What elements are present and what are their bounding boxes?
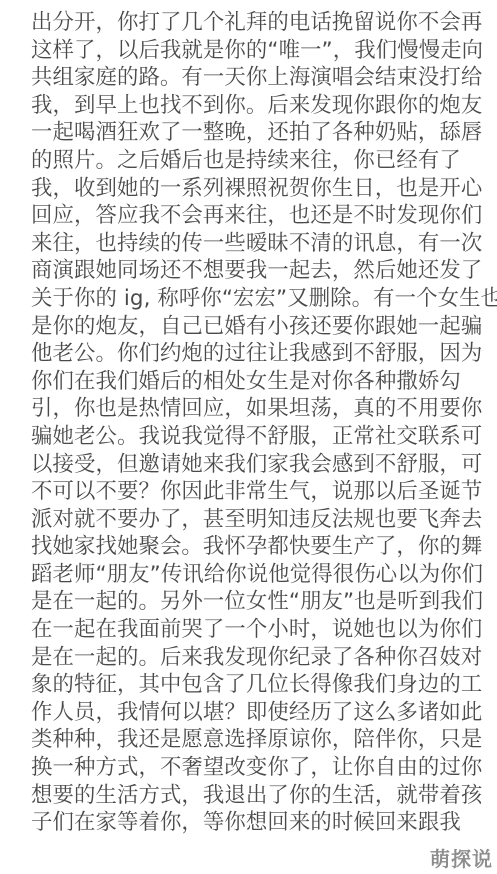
text-line: 是你的炮友，自己已婚有小孩还要你跟她一起骗 [31, 313, 471, 341]
watermark-logo: 萌探说 [428, 846, 495, 872]
text-line: 你们在我们婚后的相处女生是对你各种撒娇勾 [31, 368, 471, 396]
text-line: 找她家找她聚会。我怀孕都快要生产了，你的舞 [31, 533, 471, 561]
text-line: 的照片。之后婚后也是持续来往，你已经有了 [31, 147, 471, 175]
text-line: 蹈老师“朋友”传讯给你说他觉得很伤心以为你们 [31, 561, 471, 589]
text-line: 出分开，你打了几个礼拜的电话挽留说你不会再 [31, 9, 471, 37]
text-line: 我，到早上也找不到你。后来发现你跟你的炮友 [31, 92, 471, 120]
text-line: 来往，也持续的传一些暧昧不清的讯息，有一次 [31, 230, 471, 258]
text-line: 作人员，我情何以堪？即使经历了这么多诸如此 [31, 699, 471, 727]
text-line: 不可以不要？你因此非常生气，说那以后圣诞节 [31, 478, 471, 506]
text-line: 是在一起的。另外一位女性“朋友”也是听到我们 [31, 588, 471, 616]
text-line: 想要的生活方式，我退出了你的生活，就带着孩 [31, 782, 471, 810]
text-line: 引，你也是热情回应，如果坦荡，真的不用要你 [31, 395, 471, 423]
text-line: 回应，答应我不会再来往，也还是不时发现你们 [31, 202, 471, 230]
text-line: 这样了，以后我就是你的“唯一”，我们慢慢走向 [31, 37, 471, 65]
text-line: 以接受，但邀请她来我们家我会感到不舒服，可 [31, 451, 471, 479]
text-line: 派对就不要办了，甚至明知违反法规也要飞奔去 [31, 506, 471, 534]
text-line: 是在一起的。后来我发现你纪录了各种你召妓对 [31, 644, 471, 672]
text-line: 商演跟她同场还不想要我一起去，然后她还发了 [31, 257, 471, 285]
text-line: 关于你的 ig, 称呼你“宏宏”又删除。有一个女生也 [31, 285, 471, 313]
text-line: 我，收到她的一系列裸照祝贺你生日，也是开心 [31, 175, 471, 203]
text-line: 共组家庭的路。有一天你上海演唱会结束没打给 [31, 64, 471, 92]
document-body: 出分开，你打了几个礼拜的电话挽留说你不会再 这样了，以后我就是你的“唯一”，我们… [31, 9, 471, 849]
text-line: 骗她老公。我说我觉得不舒服，正常社交联系可 [31, 423, 471, 451]
text-line: 换一种方式，不奢望改变你了，让你自由的过你 [31, 754, 471, 782]
text-line: 象的特征，其中包含了几位长得像我们身边的工 [31, 671, 471, 699]
text-line: 一起喝酒狂欢了一整晚，还拍了各种奶贴，舔唇 [31, 119, 471, 147]
text-line-truncated [31, 837, 471, 849]
text-line: 类种种，我还是愿意选择原谅你，陪伴你，只是 [31, 726, 471, 754]
text-line: 子们在家等着你，等你想回来的时候回来跟我 [31, 809, 471, 837]
text-line: 在一起在我面前哭了一个小时，说她也以为你们 [31, 616, 471, 644]
text-line: 他老公。你们约炮的过往让我感到不舒服，因为 [31, 340, 471, 368]
